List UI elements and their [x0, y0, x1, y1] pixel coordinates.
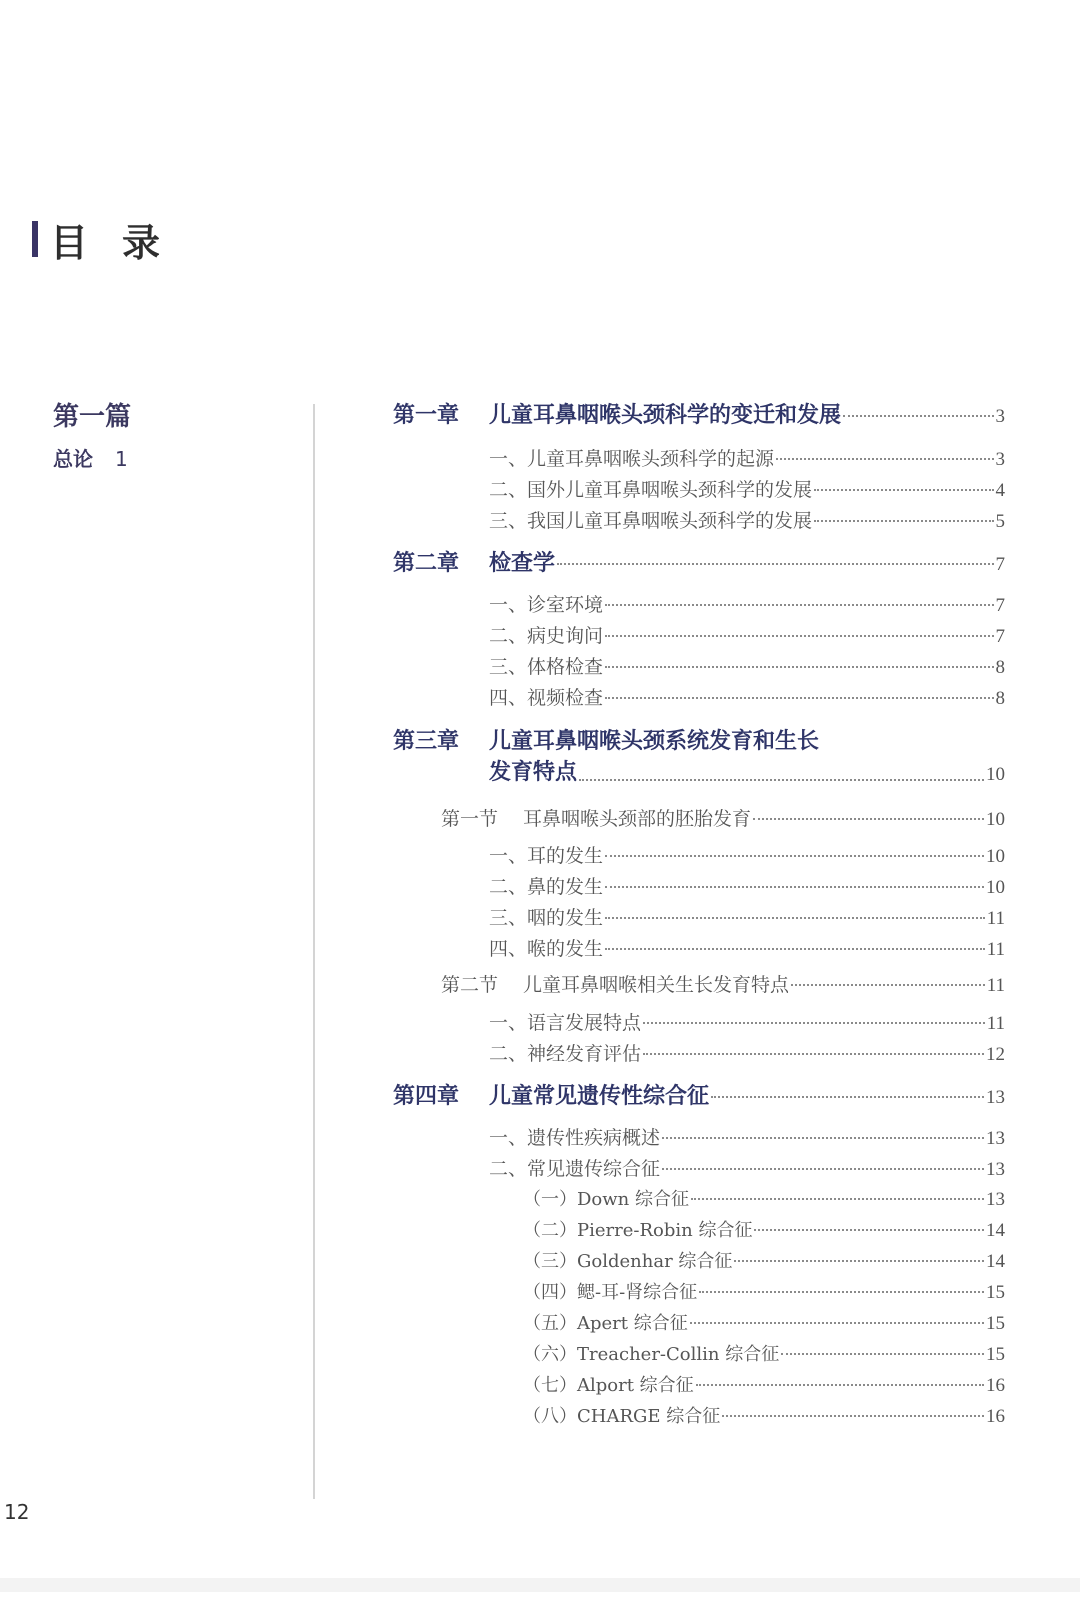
page-ref: 15	[986, 1282, 1005, 1304]
page-ref: 12	[986, 1044, 1005, 1066]
page-ref: 14	[986, 1251, 1005, 1273]
leader-dots	[605, 635, 993, 637]
leader-dots	[690, 1322, 984, 1324]
item-title: 一、语言发展特点	[489, 1008, 641, 1035]
chapter-title-line1: 第三章儿童耳鼻咽喉头颈系统发育和生长	[489, 724, 819, 755]
chapter-title: 儿童耳鼻咽喉头颈科学的变迁和发展	[489, 398, 841, 429]
page-ref: 10	[986, 809, 1005, 831]
page-ref: 13	[986, 1189, 1005, 1211]
toc-subitem[interactable]: （六）Treacher-Collin 综合征15	[393, 1340, 1005, 1366]
chapter-title: 检查学	[489, 546, 555, 577]
chapter-number: 第二章	[393, 546, 489, 577]
toc-subitem[interactable]: （七）Alport 综合征16	[393, 1371, 1005, 1397]
toc-subitem[interactable]: （三）Goldenhar 综合征14	[393, 1247, 1005, 1273]
leader-dots	[843, 415, 993, 417]
page-ref: 10	[986, 846, 1005, 868]
toc-item[interactable]: 二、鼻的发生10	[393, 872, 1005, 899]
part-heading: 第一篇 总论1	[53, 396, 131, 472]
toc-chapter[interactable]: 第四章儿童常见遗传性综合征13	[393, 1079, 1005, 1110]
item-title: 二、病史询问	[489, 621, 603, 648]
leader-dots	[696, 1384, 984, 1386]
page-title: 目录	[32, 214, 194, 264]
item-title: 二、国外儿童耳鼻咽喉头颈科学的发展	[489, 475, 812, 502]
chapter-title-line2: 发育特点	[489, 755, 577, 786]
part-subtitle-text: 总论	[53, 447, 93, 471]
page-ref: 4	[996, 480, 1006, 502]
leader-dots	[643, 1022, 985, 1024]
subitem-title: （一）Down 综合征	[523, 1185, 689, 1211]
leader-dots	[662, 1137, 984, 1139]
part-subtitle: 总论1	[53, 443, 131, 472]
toc-item[interactable]: 四、视频检查8	[393, 683, 1005, 710]
page-ref: 11	[987, 975, 1005, 997]
part-page: 1	[115, 447, 128, 471]
page-ref: 16	[986, 1375, 1005, 1397]
item-title: 三、咽的发生	[489, 903, 603, 930]
toc-chapter[interactable]: 第一章儿童耳鼻咽喉头颈科学的变迁和发展3	[393, 398, 1005, 429]
page-ref: 10	[986, 877, 1005, 899]
item-title: 一、耳的发生	[489, 841, 603, 868]
leader-dots	[643, 1053, 984, 1055]
leader-dots	[699, 1291, 984, 1293]
toc-subitem[interactable]: （五）Apert 综合征15	[393, 1309, 1005, 1335]
leader-dots	[605, 855, 984, 857]
item-title: 二、常见遗传综合征	[489, 1154, 660, 1181]
title-accent-bar	[32, 221, 38, 257]
toc-section[interactable]: 第二节儿童耳鼻咽喉相关生长发育特点11	[393, 970, 1005, 997]
item-title: 四、视频检查	[489, 683, 603, 710]
leader-dots	[605, 604, 993, 606]
toc-subitem[interactable]: （二）Pierre-Robin 综合征14	[393, 1216, 1005, 1242]
leader-dots	[605, 948, 985, 950]
toc-item[interactable]: 一、遗传性疾病概述13	[393, 1123, 1005, 1150]
leader-dots	[791, 984, 985, 986]
page-ref: 5	[996, 511, 1006, 533]
leader-dots	[754, 1229, 984, 1231]
item-title: 四、喉的发生	[489, 934, 603, 961]
leader-dots	[605, 917, 985, 919]
toc-item[interactable]: 三、体格检查8	[393, 652, 1005, 679]
item-title: 三、我国儿童耳鼻咽喉头颈科学的发展	[489, 506, 812, 533]
toc-item[interactable]: 二、常见遗传综合征13	[393, 1154, 1005, 1181]
page-ref: 3	[996, 406, 1006, 428]
item-title: 二、神经发育评估	[489, 1039, 641, 1066]
item-title: 一、儿童耳鼻咽喉头颈科学的起源	[489, 444, 774, 471]
leader-dots	[662, 1168, 984, 1170]
page-ref: 15	[986, 1344, 1005, 1366]
leader-dots	[781, 1353, 984, 1355]
page-ref: 16	[986, 1406, 1005, 1428]
leader-dots	[605, 697, 993, 699]
subitem-title: （三）Goldenhar 综合征	[523, 1247, 732, 1273]
toc-item[interactable]: 三、咽的发生11	[393, 903, 1005, 930]
page-ref: 8	[996, 657, 1006, 679]
leader-dots	[753, 818, 984, 820]
page-ref: 13	[986, 1087, 1005, 1109]
leader-dots	[814, 489, 993, 491]
page-ref: 8	[996, 688, 1006, 710]
page-ref: 11	[987, 939, 1005, 961]
chapter-number: 第三章	[393, 724, 489, 755]
page-ref: 13	[986, 1128, 1005, 1150]
toc-subitem[interactable]: （一）Down 综合征13	[393, 1185, 1005, 1211]
leader-dots	[605, 886, 984, 888]
chapter-title: 儿童耳鼻咽喉头颈系统发育和生长	[489, 728, 819, 754]
subitem-title: （六）Treacher-Collin 综合征	[523, 1340, 779, 1366]
toc-subitem[interactable]: （四）鳃-耳-肾综合征15	[393, 1278, 1005, 1304]
item-title: 二、鼻的发生	[489, 872, 603, 899]
page-ref: 3	[996, 449, 1006, 471]
item-title: 一、遗传性疾病概述	[489, 1123, 660, 1150]
leader-dots	[711, 1096, 984, 1098]
subitem-title: （七）Alport 综合征	[523, 1371, 694, 1397]
item-title: 三、体格检查	[489, 652, 603, 679]
leader-dots	[557, 563, 993, 565]
page-ref: 7	[996, 595, 1006, 617]
page-number: 12	[4, 1500, 29, 1524]
toc-item[interactable]: 三、我国儿童耳鼻咽喉头颈科学的发展5	[393, 506, 1005, 533]
section-title: 儿童耳鼻咽喉相关生长发育特点	[523, 970, 789, 997]
item-title: 一、诊室环境	[489, 590, 603, 617]
page-ref: 7	[996, 554, 1006, 576]
section-number: 第一节	[441, 804, 523, 831]
leader-dots	[776, 458, 993, 460]
toc-chapter[interactable]: 第二章检查学7	[393, 546, 1005, 577]
part-label: 第一篇	[53, 396, 131, 433]
toc-item[interactable]: 二、病史询问7	[393, 621, 1005, 648]
leader-dots	[579, 779, 984, 781]
toc-item[interactable]: 一、诊室环境7	[393, 590, 1005, 617]
leader-dots	[605, 666, 993, 668]
toc-item[interactable]: 一、儿童耳鼻咽喉头颈科学的起源3	[393, 444, 1005, 471]
toc-item[interactable]: 一、语言发展特点11	[393, 1008, 1005, 1035]
toc-subitem[interactable]: （八）CHARGE 综合征16	[393, 1402, 1005, 1428]
chapter-title: 儿童常见遗传性综合征	[489, 1079, 709, 1110]
toc-item[interactable]: 二、神经发育评估12	[393, 1039, 1005, 1066]
page-ref: 13	[986, 1159, 1005, 1181]
leader-dots	[734, 1260, 984, 1262]
leader-dots	[814, 520, 993, 522]
subitem-title: （二）Pierre-Robin 综合征	[523, 1216, 752, 1242]
toc-section[interactable]: 第一节耳鼻咽喉头颈部的胚胎发育10	[393, 804, 1005, 831]
toc-item[interactable]: 一、耳的发生10	[393, 841, 1005, 868]
subitem-title: （四）鳃-耳-肾综合征	[523, 1278, 697, 1304]
chapter-number: 第一章	[393, 398, 489, 429]
section-title: 耳鼻咽喉头颈部的胚胎发育	[523, 804, 751, 831]
section-number: 第二节	[441, 970, 523, 997]
page-ref: 14	[986, 1220, 1005, 1242]
subitem-title: （八）CHARGE 综合征	[523, 1402, 720, 1428]
toc-item[interactable]: 二、国外儿童耳鼻咽喉头颈科学的发展4	[393, 475, 1005, 502]
toc-item[interactable]: 四、喉的发生11	[393, 934, 1005, 961]
page-ref: 11	[987, 1013, 1005, 1035]
leader-dots	[691, 1198, 984, 1200]
leader-dots	[722, 1415, 984, 1417]
bottom-strip	[0, 1578, 1080, 1592]
column-divider	[313, 404, 315, 1499]
subitem-title: （五）Apert 综合征	[523, 1309, 688, 1335]
toc-chapter[interactable]: 第三章儿童耳鼻咽喉头颈系统发育和生长发育特点10	[393, 724, 1005, 786]
title-text: 目录	[50, 212, 194, 267]
chapter-number: 第四章	[393, 1079, 489, 1110]
page-ref: 11	[987, 908, 1005, 930]
page-ref: 7	[996, 626, 1006, 648]
page-ref: 10	[986, 764, 1005, 786]
page-ref: 15	[986, 1313, 1005, 1335]
